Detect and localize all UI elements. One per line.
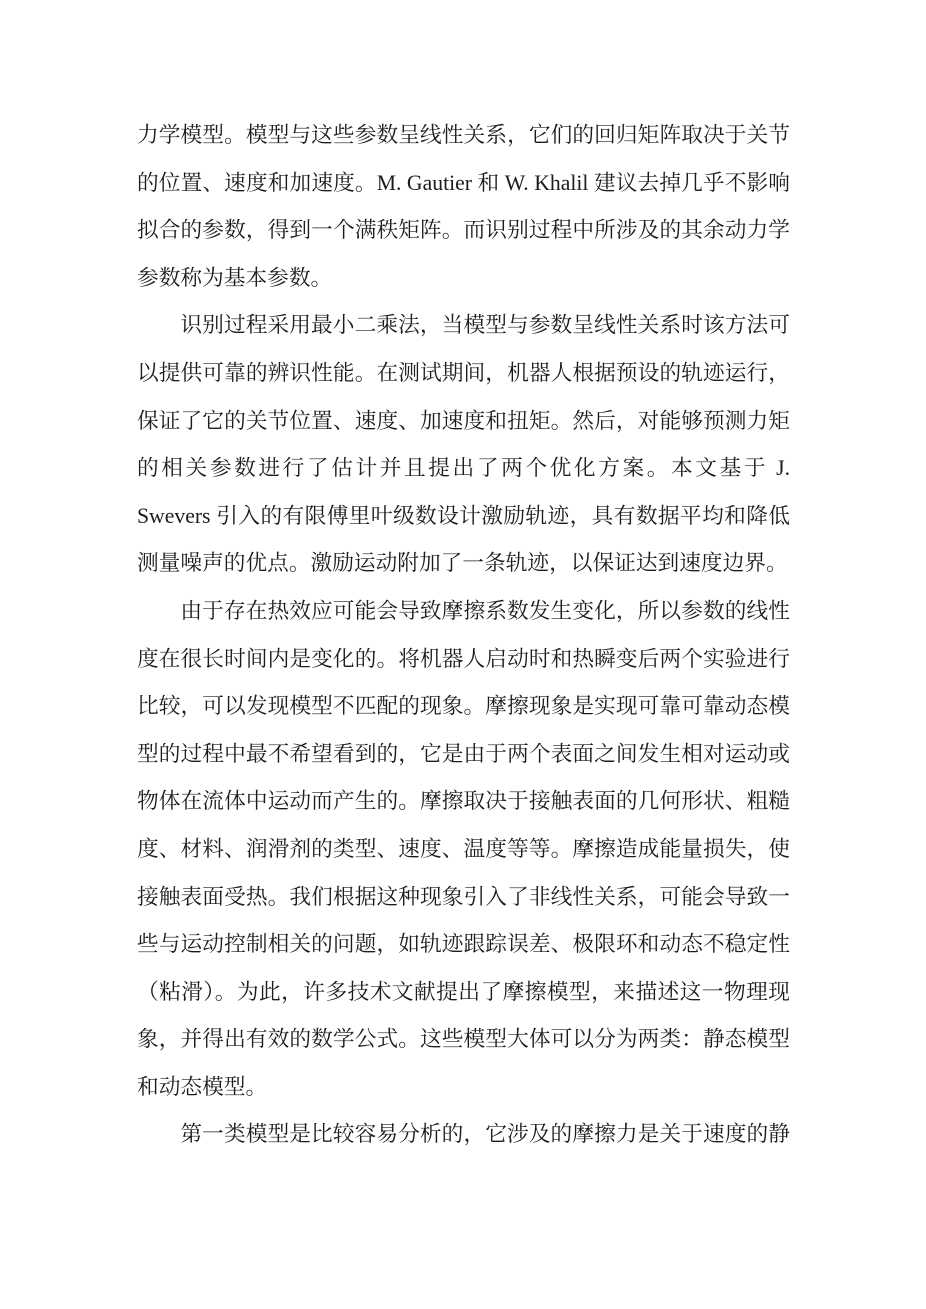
paragraph: 第一类模型是比较容易分析的，它涉及的摩擦力是关于速度的静 [137,1111,790,1159]
text-line: 比较，可以发现模型不匹配的现象。摩擦现象是实现可靠可靠动态模 [137,683,790,731]
document-page: 力学模型。模型与这些参数呈线性关系，它们的回归矩阵取决于关节的位置、速度和加速度… [0,0,926,1309]
text-line: 的位置、速度和加速度。M. Gautier 和 W. Khalil 建议去掉几乎… [137,160,790,208]
text-line: 以提供可靠的辨识性能。在测试期间，机器人根据预设的轨迹运行， [137,350,790,398]
text-line: 由于存在热效应可能会导致摩擦系数发生变化，所以参数的线性 [137,588,790,636]
text-line: 识别过程采用最小二乘法，当模型与参数呈线性关系时该方法可 [137,302,790,350]
text-line: 型的过程中最不希望看到的，它是由于两个表面之间发生相对运动或 [137,731,790,779]
text-line: 象，并得出有效的数学公式。这些模型大体可以分为两类：静态模型 [137,1016,790,1064]
text-line: 拟合的参数，得到一个满秩矩阵。而识别过程中所涉及的其余动力学 [137,207,790,255]
document-text: 力学模型。模型与这些参数呈线性关系，它们的回归矩阵取决于关节的位置、速度和加速度… [137,112,790,1159]
text-line: （粘滑）。为此，许多技术文献提出了摩擦模型，来描述这一物理现 [137,969,790,1017]
text-line: 的相关参数进行了估计并且提出了两个优化方案。本文基于 J. [137,445,790,493]
text-line: 力学模型。模型与这些参数呈线性关系，它们的回归矩阵取决于关节 [137,112,790,160]
text-line: Swevers 引入的有限傅里叶级数设计激励轨迹，具有数据平均和降低 [137,493,790,541]
text-line: 和动态模型。 [137,1064,790,1112]
text-line: 些与运动控制相关的问题，如轨迹跟踪误差、极限环和动态不稳定性 [137,921,790,969]
paragraph: 力学模型。模型与这些参数呈线性关系，它们的回归矩阵取决于关节的位置、速度和加速度… [137,112,790,302]
text-line: 测量噪声的优点。激励运动附加了一条轨迹，以保证达到速度边界。 [137,540,790,588]
text-line: 接触表面受热。我们根据这种现象引入了非线性关系，可能会导致一 [137,874,790,922]
text-line: 度、材料、润滑剂的类型、速度、温度等等。摩擦造成能量损失，使 [137,826,790,874]
text-line: 第一类模型是比较容易分析的，它涉及的摩擦力是关于速度的静 [137,1111,790,1159]
paragraph: 识别过程采用最小二乘法，当模型与参数呈线性关系时该方法可以提供可靠的辨识性能。在… [137,302,790,588]
text-line: 度在很长时间内是变化的。将机器人启动时和热瞬变后两个实验进行 [137,636,790,684]
text-line: 物体在流体中运动而产生的。摩擦取决于接触表面的几何形状、粗糙 [137,778,790,826]
paragraph: 由于存在热效应可能会导致摩擦系数发生变化，所以参数的线性度在很长时间内是变化的。… [137,588,790,1112]
text-line: 保证了它的关节位置、速度、加速度和扭矩。然后，对能够预测力矩 [137,398,790,446]
text-line: 参数称为基本参数。 [137,255,790,303]
